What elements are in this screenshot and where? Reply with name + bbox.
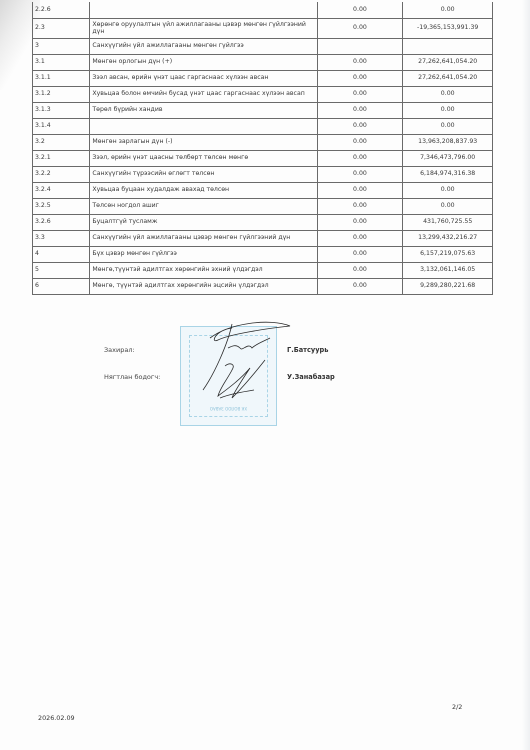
table-row: 3.2.6Буцалтгүй тусламж0.00431,760,725.55	[33, 214, 493, 230]
row-code: 3.2	[33, 134, 90, 150]
row-current-value: 431,760,725.55	[403, 214, 493, 230]
row-label: Бүх цэвэр мөнгөн гүйлгээ	[90, 246, 317, 262]
row-code: 3.1.3	[33, 102, 90, 118]
table-row: 2.2.60.000.00	[33, 2, 493, 18]
row-previous-value: 0.00	[317, 246, 403, 262]
row-label: Төрөл бүрийн хандив	[90, 102, 317, 118]
stamp-border	[189, 335, 268, 417]
row-current-value: 6,184,974,316.38	[403, 166, 493, 182]
accountant-name: У.Занабазар	[287, 373, 335, 381]
director-role-label: Захирал:	[104, 346, 135, 354]
handwritten-signature-icon	[170, 318, 310, 418]
row-code: 2.2.6	[33, 2, 90, 18]
table-row: 3.1.40.000.00	[33, 118, 493, 134]
row-label: Хувьцаа болон өмчийн бусад үнэт цаас гар…	[90, 86, 317, 102]
row-code: 3.2.5	[33, 198, 90, 214]
row-previous-value: 0.00	[317, 166, 403, 182]
row-label: Зээл авсан, өрийн үнэт цаас гаргаснаас х…	[90, 70, 317, 86]
row-code: 3.3	[33, 230, 90, 246]
row-code: 3.1.2	[33, 86, 90, 102]
row-label: Санхүүгийн үйл ажиллагааны мөнгөн гүйлгэ…	[90, 38, 317, 54]
cash-flow-table: 2.2.60.000.002.3Хөрөнгө оруулалтын үйл а…	[32, 2, 493, 295]
row-previous-value: 0.00	[317, 102, 403, 118]
row-label	[90, 118, 317, 134]
row-code: 3.1.4	[33, 118, 90, 134]
table-row: 3.2Мөнгөн зарлагын дүн (-)0.0013,963,208…	[33, 134, 493, 150]
row-previous-value: 0.00	[317, 278, 403, 294]
footer-date: 2026.02.09	[38, 714, 75, 722]
row-code: 3.2.4	[33, 182, 90, 198]
row-current-value: 0.00	[403, 86, 493, 102]
row-label: Хувьцаа буцаан худалдаж авахад төлсөн	[90, 182, 317, 198]
row-code: 3.2.2	[33, 166, 90, 182]
row-label: Төлсөн ногдол ашиг	[90, 198, 317, 214]
row-previous-value: 0.00	[317, 54, 403, 70]
row-current-value: 0.00	[403, 118, 493, 134]
row-current-value	[403, 38, 493, 54]
row-current-value: 9,289,280,221.68	[403, 278, 493, 294]
row-current-value: 0.00	[403, 198, 493, 214]
row-previous-value: 0.00	[317, 198, 403, 214]
table-row: 4Бүх цэвэр мөнгөн гүйлгээ0.006,157,219,0…	[33, 246, 493, 262]
row-current-value: 7,346,473,796.00	[403, 150, 493, 166]
scan-right-edge	[522, 0, 530, 750]
row-label: Буцалтгүй тусламж	[90, 214, 317, 230]
company-stamp: ХК ВОЛОО ЗАВАО	[180, 326, 277, 426]
row-code: 3.1	[33, 54, 90, 70]
row-previous-value: 0.00	[317, 118, 403, 134]
row-label: Мөнгөн орлогын дүн (+)	[90, 54, 317, 70]
row-label: Мөнгөн зарлагын дүн (-)	[90, 134, 317, 150]
cash-flow-table-body: 2.2.60.000.002.3Хөрөнгө оруулалтын үйл а…	[33, 2, 493, 294]
row-previous-value: 0.00	[317, 18, 403, 38]
row-label: Мөнгө,түүнтэй адилтгах хөрөнгийн эхний ү…	[90, 262, 317, 278]
row-current-value: -19,365,153,991.39	[403, 18, 493, 38]
row-previous-value: 0.00	[317, 86, 403, 102]
row-code: 3.1.1	[33, 70, 90, 86]
row-code: 6	[33, 278, 90, 294]
row-label: Зээл, өрийн үнэт цаасны төлбөрт төлсөн м…	[90, 150, 317, 166]
table-row: 5Мөнгө,түүнтэй адилтгах хөрөнгийн эхний …	[33, 262, 493, 278]
row-current-value: 0.00	[403, 182, 493, 198]
row-current-value: 0.00	[403, 102, 493, 118]
table-row: 3.2.1Зээл, өрийн үнэт цаасны төлбөрт төл…	[33, 150, 493, 166]
row-current-value: 27,262,641,054.20	[403, 70, 493, 86]
row-code: 3.2.1	[33, 150, 90, 166]
table-row: 3.1.2Хувьцаа болон өмчийн бусад үнэт цаа…	[33, 86, 493, 102]
row-previous-value	[317, 38, 403, 54]
table-row: 3.1.1Зээл авсан, өрийн үнэт цаас гаргасн…	[33, 70, 493, 86]
row-current-value: 3,132,061,146.05	[403, 262, 493, 278]
table-row: 3.2.2Санхүүгийн түрээсийн өглөгт төлсөн0…	[33, 166, 493, 182]
table-row: 2.3Хөрөнгө оруулалтын үйл ажиллагааны цэ…	[33, 18, 493, 38]
row-previous-value: 0.00	[317, 262, 403, 278]
row-previous-value: 0.00	[317, 182, 403, 198]
accountant-role-label: Нягтлан бодогч:	[104, 373, 160, 381]
row-label: Санхүүгийн түрээсийн өглөгт төлсөн	[90, 166, 317, 182]
row-current-value: 6,157,219,075.63	[403, 246, 493, 262]
row-label: Хөрөнгө оруулалтын үйл ажиллагааны цэвэр…	[90, 18, 317, 38]
table-row: 3.1Мөнгөн орлогын дүн (+)0.0027,262,641,…	[33, 54, 493, 70]
row-code: 5	[33, 262, 90, 278]
table-row: 3Санхүүгийн үйл ажиллагааны мөнгөн гүйлг…	[33, 38, 493, 54]
row-label: Санхүүгийн үйл ажиллагааны цэвэр мөнгөн …	[90, 230, 317, 246]
row-code: 2.3	[33, 18, 90, 38]
row-label	[90, 2, 317, 18]
row-code: 4	[33, 246, 90, 262]
row-current-value: 13,299,432,216.27	[403, 230, 493, 246]
row-current-value: 0.00	[403, 2, 493, 18]
row-previous-value: 0.00	[317, 70, 403, 86]
table-row: 3.2.4Хувьцаа буцаан худалдаж авахад төлс…	[33, 182, 493, 198]
row-code: 3	[33, 38, 90, 54]
row-previous-value: 0.00	[317, 150, 403, 166]
row-previous-value: 0.00	[317, 214, 403, 230]
row-label: Мөнгө, түүнтэй адилтгах хөрөнгийн эцсийн…	[90, 278, 317, 294]
table-row: 3.2.5Төлсөн ногдол ашиг0.000.00	[33, 198, 493, 214]
row-previous-value: 0.00	[317, 134, 403, 150]
row-previous-value: 0.00	[317, 2, 403, 18]
table-row: 3.3Санхүүгийн үйл ажиллагааны цэвэр мөнг…	[33, 230, 493, 246]
table-row: 3.1.3Төрөл бүрийн хандив0.000.00	[33, 102, 493, 118]
director-name: Г.Батсуурь	[287, 346, 328, 354]
page-number: 2/2	[452, 703, 462, 711]
stamp-text: ХК ВОЛОО ЗАВАО	[181, 406, 276, 411]
row-code: 3.2.6	[33, 214, 90, 230]
table-row: 6Мөнгө, түүнтэй адилтгах хөрөнгийн эцсий…	[33, 278, 493, 294]
row-current-value: 27,262,641,054.20	[403, 54, 493, 70]
row-current-value: 13,963,208,837.93	[403, 134, 493, 150]
row-previous-value: 0.00	[317, 230, 403, 246]
